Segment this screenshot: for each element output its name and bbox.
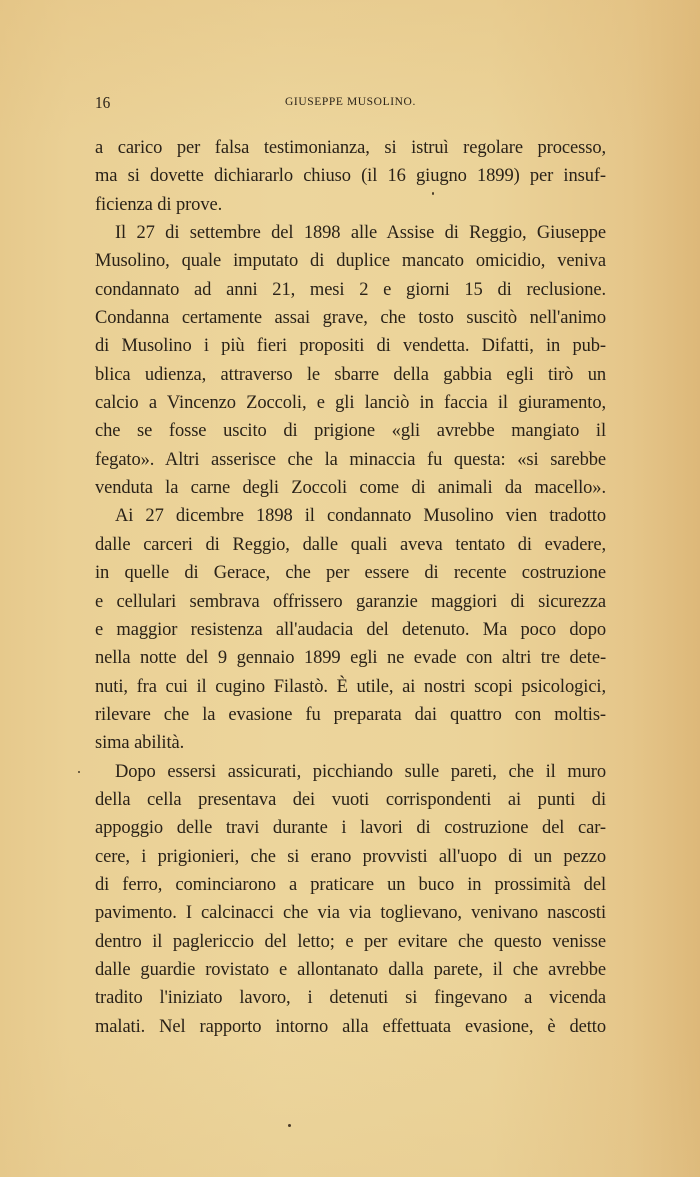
text-line: condannato ad anni 21, mesi 2 e giorni 1…: [95, 276, 606, 304]
text-line: fegato». Altri asserisce che la minaccia…: [95, 446, 606, 474]
text-line: cere, i prigionieri, che si erano provvi…: [95, 843, 606, 871]
text-line: dalle guardie rovistato e allontanato da…: [95, 956, 606, 984]
paragraph: Dopo essersi assicurati, picchiando sull…: [95, 758, 606, 1041]
text-line: Ai 27 dicembre 1898 il condannato Musoli…: [95, 502, 606, 530]
text-line: appoggio delle travi durante i lavori di…: [95, 814, 606, 842]
text-line: tradito l'iniziato lavoro, i detenuti si…: [95, 984, 606, 1012]
running-title: GIUSEPPE MUSOLINO.: [285, 96, 416, 108]
text-line: Condanna certamente assai grave, che tos…: [95, 304, 606, 332]
body-text: a carico per falsa testimonianza, si ist…: [95, 134, 606, 1041]
paragraph: Il 27 di settembre del 1898 alle Assise …: [95, 219, 606, 502]
paragraph: a carico per falsa testimonianza, si ist…: [95, 134, 606, 219]
text-line: venduta la carne degli Zoccoli come di a…: [95, 474, 606, 502]
text-line: dentro il paglericcio del letto; e per e…: [95, 928, 606, 956]
paragraph: Ai 27 dicembre 1898 il condannato Musoli…: [95, 502, 606, 757]
text-line: a carico per falsa testimonianza, si ist…: [95, 134, 606, 162]
text-line: ma si dovette dichiararlo chiuso (il 16 …: [95, 162, 606, 190]
text-line: pavimento. I calcinacci che via via togl…: [95, 899, 606, 927]
text-line: e maggior resistenza all'audacia del det…: [95, 616, 606, 644]
text-line: di ferro, cominciarono a praticare un bu…: [95, 871, 606, 899]
text-line: malati. Nel rapporto intorno alla effett…: [95, 1013, 606, 1041]
text-line: blica udienza, attraverso le sbarre dell…: [95, 361, 606, 389]
ink-speck: [432, 192, 434, 195]
text-line: rilevare che la evasione fu preparata da…: [95, 701, 606, 729]
text-line: dalle carceri di Reggio, dalle quali ave…: [95, 531, 606, 559]
text-line: in quelle di Gerace, che per essere di r…: [95, 559, 606, 587]
text-line: e cellulari sembrava offrissero garanzie…: [95, 588, 606, 616]
page-number: 16: [95, 93, 110, 113]
text-line: che se fosse uscito di prigione «gli avr…: [95, 417, 606, 445]
text-line: calcio a Vincenzo Zoccoli, e gli lanciò …: [95, 389, 606, 417]
text-line: nuti, fra cui il cugino Filastò. È utile…: [95, 673, 606, 701]
ink-speck: [288, 1124, 291, 1127]
text-line: Il 27 di settembre del 1898 alle Assise …: [95, 219, 606, 247]
running-head: 16 GIUSEPPE MUSOLINO.: [95, 93, 603, 115]
text-line: della cella presentava dei vuoti corrisp…: [95, 786, 606, 814]
text-line: sima abilità.: [95, 729, 606, 757]
text-line: ficienza di prove.: [95, 191, 606, 219]
ink-speck: [78, 771, 80, 773]
book-page: 16 GIUSEPPE MUSOLINO. a carico per falsa…: [0, 0, 700, 1177]
text-line: Dopo essersi assicurati, picchiando sull…: [95, 758, 606, 786]
text-line: di Musolino i più fieri propositi di ven…: [95, 332, 606, 360]
text-line: Musolino, quale imputato di duplice manc…: [95, 247, 606, 275]
text-line: nella notte del 9 gennaio 1899 egli ne e…: [95, 644, 606, 672]
